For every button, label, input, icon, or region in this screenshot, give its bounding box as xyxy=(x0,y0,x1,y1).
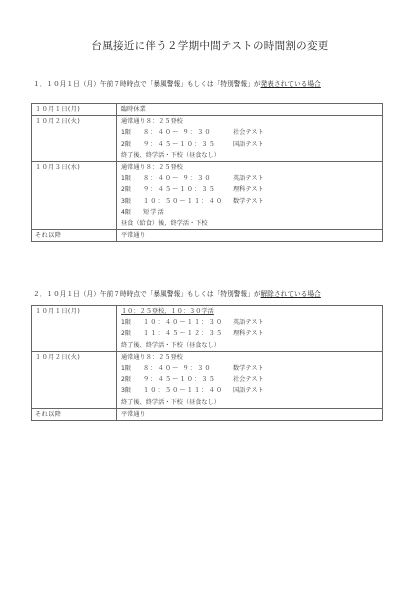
period-label: 2限 xyxy=(121,184,143,195)
time-range: １１：４５～１２：３５ xyxy=(143,328,233,339)
schedule-table-2: １０月１日(月)１０：２５登校、１０：３０学活1限１０：４０～１１：３０英語テス… xyxy=(31,305,383,421)
table-row: １０月１日(月)１０：２５登校、１０：３０学活1限１０：４０～１１：３０英語テス… xyxy=(32,306,383,352)
time-range: ９：４５～１０：３５ xyxy=(143,184,233,195)
note-line: 終了後、終学活・下校（昼食なし） xyxy=(121,397,379,408)
period-label: 1限 xyxy=(121,363,143,374)
date-cell: １０月１日(月) xyxy=(32,306,117,352)
section-1-heading-text: １．１０月１日（月）午前７時時点で「暴風警報」もしくは「特別警報」が xyxy=(33,80,261,88)
schedule-cell: 通常通り８：２５登校1限８：４０～ ９：３０社会テスト2限９：４５～１０：３５国… xyxy=(117,116,383,162)
subject-label: 理科テスト xyxy=(233,184,264,195)
schedule-table-1: １０月１日(月)臨時休業１０月２日(火)通常通り８：２５登校1限８：４０～ ９：… xyxy=(31,103,383,242)
subject-label: 国語テスト xyxy=(233,385,264,396)
table-row: １０月２日(火)通常通り８：２５登校1限８：４０～ ９：３０社会テスト2限９：４… xyxy=(32,116,383,162)
subject-label: 社会テスト xyxy=(233,374,264,385)
subject-label: 国語テスト xyxy=(233,139,264,150)
period-line: 4限短学活 xyxy=(121,207,379,218)
schedule-cell: 通常通り８：２５登校1限８：４０～ ９：３０英語テスト2限９：４５～１０：３５理… xyxy=(117,162,383,230)
time-range: ９：４５～１０：３５ xyxy=(143,374,233,385)
section-2-heading: ２．１０月１日（月）午前７時時点で「暴風警報」もしくは「特別警報」が解除されてい… xyxy=(33,288,321,298)
table-row: それ以降平常通り xyxy=(32,408,383,420)
table-row: それ以降平常通り xyxy=(32,230,383,242)
period-label: 2限 xyxy=(121,328,143,339)
schedule-cell: 平常通り xyxy=(117,230,383,242)
section-2-heading-condition: 解除されている場合 xyxy=(261,290,321,298)
subject-label: 英語テスト xyxy=(233,317,264,328)
period-line: 3限１０：５０～１１：４０数学テスト xyxy=(121,196,379,207)
period-label: 2限 xyxy=(121,374,143,385)
period-label: 1限 xyxy=(121,317,143,328)
note-line: 終了後、終学活・下校（昼食なし） xyxy=(121,340,379,351)
note-line: 臨時休業 xyxy=(121,104,379,115)
subject-label: 理科テスト xyxy=(233,328,264,339)
note-line: 平常通り xyxy=(121,230,379,241)
section-2-heading-text: ２．１０月１日（月）午前７時時点で「暴風警報」もしくは「特別警報」が xyxy=(33,290,261,298)
period-line: 2限９：４５～１０：３５理科テスト xyxy=(121,184,379,195)
note-line: １０：２５登校、１０：３０学活 xyxy=(121,306,379,317)
schedule-cell: 平常通り xyxy=(117,408,383,420)
subject-label: 数学テスト xyxy=(233,196,264,207)
note-line: 終了後、終学活・下校（昼食なし） xyxy=(121,150,379,161)
schedule-cell: １０：２５登校、１０：３０学活1限１０：４０～１１：３０英語テスト2限１１：４５… xyxy=(117,306,383,352)
date-cell: １０月１日(月) xyxy=(32,104,117,116)
period-line: 2限１１：４５～１２：３５理科テスト xyxy=(121,328,379,339)
period-label: 1限 xyxy=(121,127,143,138)
time-range: ８：４０～ ９：３０ xyxy=(143,363,233,374)
schedule-cell: 臨時休業 xyxy=(117,104,383,116)
time-range: ８：４０～ ９：３０ xyxy=(143,127,233,138)
note-line: 通常通り８：２５登校 xyxy=(121,162,379,173)
period-label: 4限 xyxy=(121,207,143,218)
period-line: 1限８：４０～ ９：３０英語テスト xyxy=(121,173,379,184)
subject-label: 社会テスト xyxy=(233,127,264,138)
period-line: 1限１０：４０～１１：３０英語テスト xyxy=(121,317,379,328)
subject-label: 英語テスト xyxy=(233,173,264,184)
section-1-heading-condition: 発表されている場合 xyxy=(261,80,321,88)
note-line: 通常通り８：２５登校 xyxy=(121,352,379,363)
period-line: 2限９：４５～１０：３５国語テスト xyxy=(121,139,379,150)
subject-label: 数学テスト xyxy=(233,363,264,374)
section-1-heading: １．１０月１日（月）午前７時時点で「暴風警報」もしくは「特別警報」が発表されてい… xyxy=(33,78,321,88)
table-row: １０月２日(火)通常通り８：２５登校1限８：４０～ ９：３０数学テスト2限９：４… xyxy=(32,351,383,408)
time-range: ９：４５～１０：３５ xyxy=(143,139,233,150)
table-row: １０月１日(月)臨時休業 xyxy=(32,104,383,116)
schedule-cell: 通常通り８：２５登校1限８：４０～ ９：３０数学テスト2限９：４５～１０：３５社… xyxy=(117,351,383,408)
period-line: 2限９：４５～１０：３５社会テスト xyxy=(121,374,379,385)
time-range: 短学活 xyxy=(143,207,233,218)
period-line: 1限８：４０～ ９：３０社会テスト xyxy=(121,127,379,138)
time-range: １０：５０～１１：４０ xyxy=(143,385,233,396)
document-title: 台風接近に伴う２学期中間テストの時間割の変更 xyxy=(0,38,420,53)
period-label: 3限 xyxy=(121,385,143,396)
time-range: １０：４０～１１：３０ xyxy=(143,317,233,328)
period-line: 1限８：４０～ ９：３０数学テスト xyxy=(121,363,379,374)
period-label: 3限 xyxy=(121,196,143,207)
note-line: 平常通り xyxy=(121,409,379,420)
note-line: 昼食（給食）後、終学活・下校 xyxy=(121,218,379,229)
date-cell: １０月３日(水) xyxy=(32,162,117,230)
date-cell: １０月２日(火) xyxy=(32,116,117,162)
time-range: ８：４０～ ９：３０ xyxy=(143,173,233,184)
table-row: １０月３日(水)通常通り８：２５登校1限８：４０～ ９：３０英語テスト2限９：４… xyxy=(32,162,383,230)
date-cell: １０月２日(火) xyxy=(32,351,117,408)
period-label: 1限 xyxy=(121,173,143,184)
date-cell: それ以降 xyxy=(32,408,117,420)
time-range: １０：５０～１１：４０ xyxy=(143,196,233,207)
date-cell: それ以降 xyxy=(32,230,117,242)
period-line: 3限１０：５０～１１：４０国語テスト xyxy=(121,385,379,396)
period-label: 2限 xyxy=(121,139,143,150)
note-line: 通常通り８：２５登校 xyxy=(121,116,379,127)
